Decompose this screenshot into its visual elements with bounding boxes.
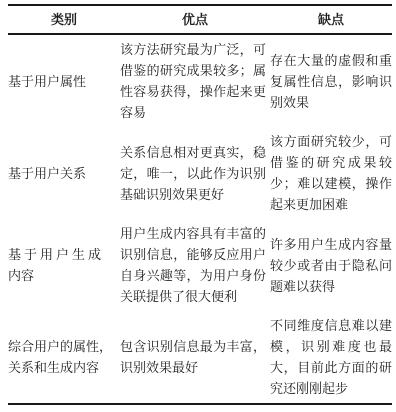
- cons-cell: 许多用户生成内容量较少或者由于隐私问题难以获得: [270, 219, 392, 311]
- table-row: 基于用户生成 内容 用户生成内容具有丰富的识别信息，能够反应用户自身兴趣等，为用…: [8, 219, 392, 311]
- comparison-table: 类别 优点 缺点 基于用户属性 该方法研究最为广泛，可借鉴的研究成果较多；属性容…: [8, 4, 392, 405]
- cons-cell: 不同维度信息难以建模，识别难度也最大，目前此方面的研究还刚刚起步: [270, 311, 392, 404]
- pros-cell: 包含识别信息最为丰富，识别效果最好: [120, 311, 270, 404]
- pros-cell: 该方法研究最为广泛，可借鉴的研究成果较多；属性容易获得，操作起来更容易: [120, 34, 270, 127]
- table-row: 基于用户属性 该方法研究最为广泛，可借鉴的研究成果较多；属性容易获得，操作起来更…: [8, 34, 392, 127]
- table-row: 基于用户关系 关系信息相对更真实，稳定，唯一，以此作为识别基础识别效果更好 该方…: [8, 127, 392, 219]
- category-cell: 综合用户的属性， 关系和生成内容: [8, 311, 120, 404]
- col-header-cons: 缺点: [270, 5, 392, 34]
- col-header-pros: 优点: [120, 5, 270, 34]
- cons-cell: 存在大量的虚假和重复属性信息，影响识别效果: [270, 34, 392, 127]
- table-row: 综合用户的属性， 关系和生成内容 包含识别信息最为丰富，识别效果最好 不同维度信…: [8, 311, 392, 404]
- pros-cell: 关系信息相对更真实，稳定，唯一，以此作为识别基础识别效果更好: [120, 127, 270, 219]
- cons-cell: 该方面研究较少，可借鉴的研究成果较少；难以建模，操作起来更加困难: [270, 127, 392, 219]
- page: 类别 优点 缺点 基于用户属性 该方法研究最为广泛，可借鉴的研究成果较多；属性容…: [0, 0, 396, 405]
- col-header-category: 类别: [8, 5, 120, 34]
- category-cell: 基于用户关系: [8, 127, 120, 219]
- pros-cell: 用户生成内容具有丰富的识别信息，能够反应用户自身兴趣等，为用户身份关联提供了很大…: [120, 219, 270, 311]
- category-cell: 基于用户属性: [8, 34, 120, 127]
- table-header-row: 类别 优点 缺点: [8, 5, 392, 34]
- category-cell: 基于用户生成 内容: [8, 219, 120, 311]
